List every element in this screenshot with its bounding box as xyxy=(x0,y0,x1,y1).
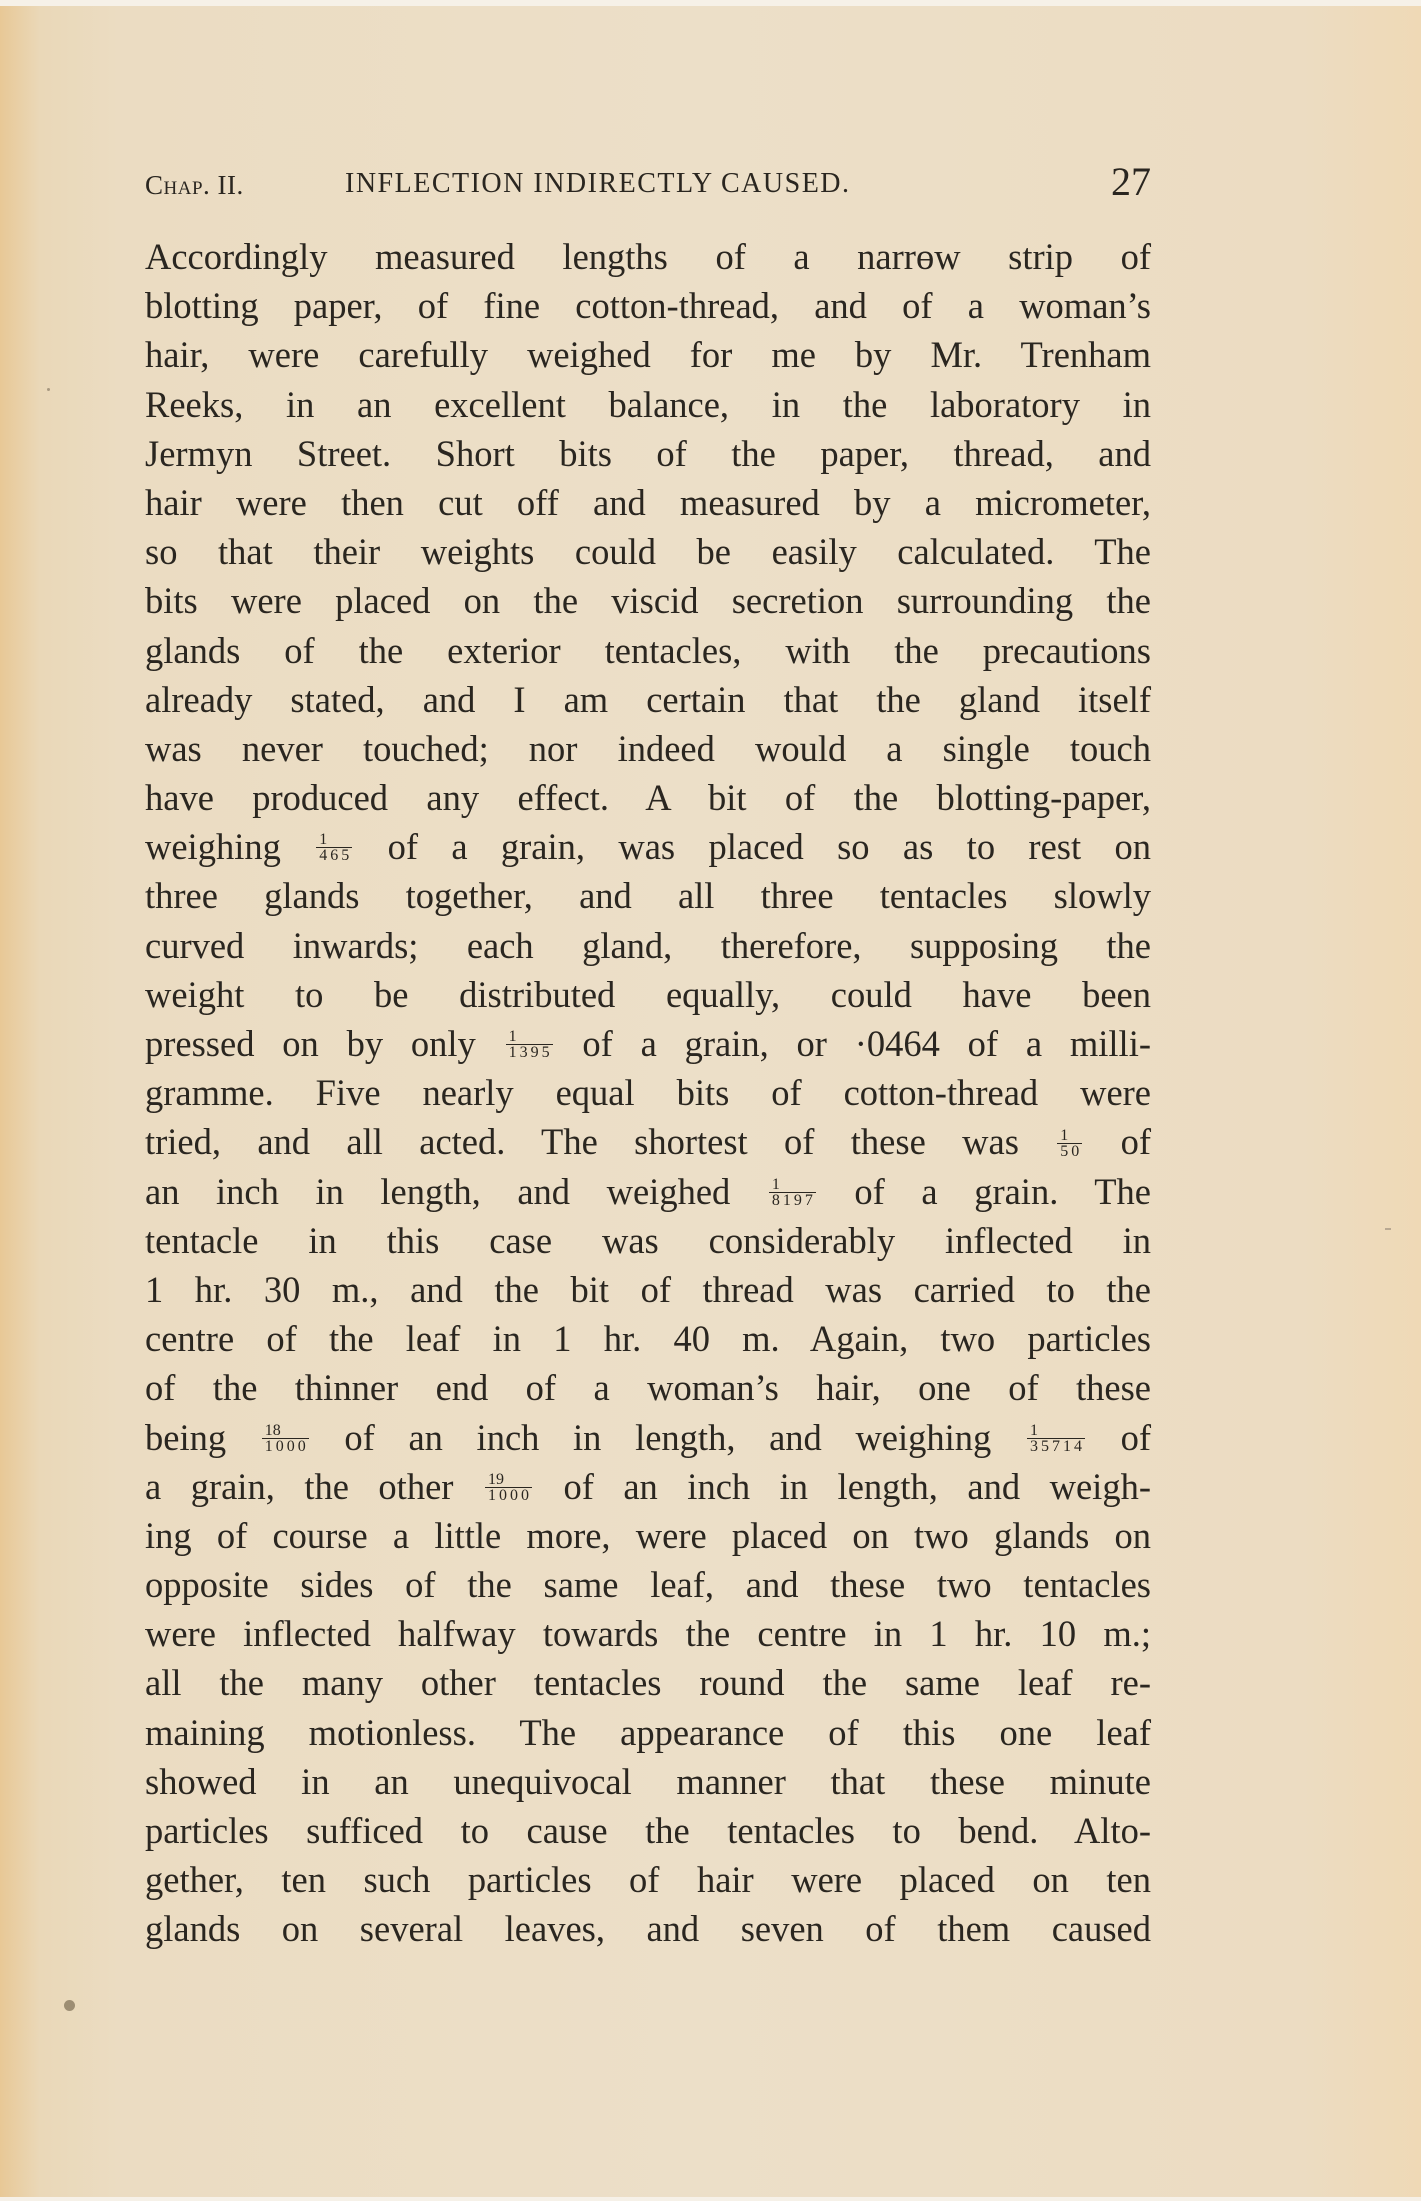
text-line: tried, and all acted. The shortest of th… xyxy=(145,1117,1151,1166)
text-line: Accordingly measured lengths of a narrɵw… xyxy=(145,232,1151,281)
text-line: maining motionless. The appearance of th… xyxy=(145,1708,1151,1757)
text-line: of the thinner end of a woman’s hair, on… xyxy=(145,1363,1151,1412)
chapter-label: Chap. II. xyxy=(145,170,244,201)
text-line: gramme. Five nearly equal bits of cotton… xyxy=(145,1068,1151,1117)
text-segment: opposite sides of the same leaf, and the… xyxy=(145,1564,1151,1605)
running-title: INFLECTION INDIRECTLY CAUSED. xyxy=(345,168,851,200)
text-segment: three glands together, and all three ten… xyxy=(145,875,1151,916)
text-segment: centre of the leaf in 1 hr. 40 m. Again,… xyxy=(145,1318,1151,1359)
text-line: glands on several leaves, and seven of t… xyxy=(145,1904,1151,1953)
text-segment: weight to be distributed equally, could … xyxy=(145,974,1151,1015)
text-segment: glands on several leaves, and seven of t… xyxy=(145,1908,1151,1949)
scan-bottom-edge xyxy=(0,2197,1421,2201)
text-segment: tried, and all acted. The shortest of th… xyxy=(145,1121,1055,1162)
text-segment: glands of the exterior tentacles, with t… xyxy=(145,630,1151,671)
text-line: weighing 1465 of a grain, was placed so … xyxy=(145,822,1151,871)
text-line: three glands together, and all three ten… xyxy=(145,871,1151,920)
text-line: blotting paper, of fine cotton-thread, a… xyxy=(145,281,1151,330)
text-segment: of a grain, or ·0464 of a milli- xyxy=(555,1023,1151,1064)
text-segment: a grain, the other xyxy=(145,1466,483,1507)
text-segment: 1 hr. 30 m., and the bit of thread was c… xyxy=(145,1269,1151,1310)
text-segment: of a grain. The xyxy=(818,1171,1151,1212)
text-segment: were inflected halfway towards the centr… xyxy=(145,1613,1151,1654)
text-segment: being xyxy=(145,1417,260,1458)
fraction-denominator: 1000 xyxy=(485,1488,532,1503)
text-line: bits were placed on the viscid secretion… xyxy=(145,576,1151,625)
text-line: was never touched; nor indeed would a si… xyxy=(145,724,1151,773)
fraction-denominator: 50 xyxy=(1057,1144,1082,1159)
text-segment: Reeks, in an excellent balance, in the l… xyxy=(145,384,1151,425)
text-segment: Jermyn Street. Short bits of the paper, … xyxy=(145,433,1151,474)
text-segment: hair, were carefully weighed for me by M… xyxy=(145,334,1151,375)
text-line: 1 hr. 30 m., and the bit of thread was c… xyxy=(145,1265,1151,1314)
fraction-numerator: 1 xyxy=(1057,1128,1082,1144)
running-head: Chap. II. INFLECTION INDIRECTLY CAUSED. … xyxy=(145,160,1151,204)
text-segment: weighing xyxy=(145,826,314,867)
text-segment: showed in an unequivocal manner that the… xyxy=(145,1761,1151,1802)
fraction-numerator: 19 xyxy=(485,1472,532,1488)
text-segment: maining motionless. The appearance of th… xyxy=(145,1712,1151,1753)
text-line: hair were then cut off and measured by a… xyxy=(145,478,1151,527)
text-segment: particles sufficed to cause the tentacle… xyxy=(145,1810,1151,1851)
text-segment: Accordingly measured lengths of a narrɵw… xyxy=(145,236,1151,277)
text-line: were inflected halfway towards the centr… xyxy=(145,1609,1151,1658)
text-segment: bits were placed on the viscid secretion… xyxy=(145,580,1151,621)
text-line: tentacle in this case was considerably i… xyxy=(145,1216,1151,1265)
text-line: a grain, the other 191000 of an inch in … xyxy=(145,1462,1151,1511)
text-line: pressed on by only 11395 of a grain, or … xyxy=(145,1019,1151,1068)
text-line: showed in an unequivocal manner that the… xyxy=(145,1757,1151,1806)
text-line: being 181000 of an inch in length, and w… xyxy=(145,1413,1151,1462)
fraction-denominator: 1000 xyxy=(262,1439,309,1454)
text-segment: of an inch in length, and weighing xyxy=(311,1417,1025,1458)
scan-top-edge xyxy=(0,0,1421,6)
page-number: 27 xyxy=(1111,158,1151,205)
text-segment: tentacle in this case was considerably i… xyxy=(145,1220,1151,1261)
text-segment: hair were then cut off and measured by a… xyxy=(145,482,1151,523)
text-segment: all the many other tentacles round the s… xyxy=(145,1662,1151,1703)
text-line: centre of the leaf in 1 hr. 40 m. Again,… xyxy=(145,1314,1151,1363)
text-line: have produced any effect. A bit of the b… xyxy=(145,773,1151,822)
fraction: 1465 xyxy=(314,832,354,863)
text-segment: of xyxy=(1087,1417,1151,1458)
text-segment: pressed on by only xyxy=(145,1023,504,1064)
text-line: glands of the exterior tentacles, with t… xyxy=(145,626,1151,675)
text-segment: of the thinner end of a woman’s hair, on… xyxy=(145,1367,1151,1408)
text-segment: of a grain, was placed so as to rest on xyxy=(354,826,1151,867)
text-line: an inch in length, and weighed 18197 of … xyxy=(145,1167,1151,1216)
fraction-numerator: 18 xyxy=(262,1423,309,1439)
text-line: ing of course a little more, were placed… xyxy=(145,1511,1151,1560)
text-line: weight to be distributed equally, could … xyxy=(145,970,1151,1019)
text-segment: gramme. Five nearly equal bits of cotton… xyxy=(145,1072,1151,1113)
fraction-denominator: 1395 xyxy=(506,1045,553,1060)
text-segment: curved inwards; each gland, therefore, s… xyxy=(145,925,1151,966)
paper-speck xyxy=(1385,1228,1391,1230)
text-segment: already stated, and I am certain that th… xyxy=(145,679,1151,720)
text-segment: of an inch in length, and weigh- xyxy=(534,1466,1151,1507)
text-segment: so that their weights could be easily ca… xyxy=(145,531,1151,572)
fraction-numerator: 1 xyxy=(316,832,352,848)
fraction-numerator: 1 xyxy=(769,1177,816,1193)
text-line: Reeks, in an excellent balance, in the l… xyxy=(145,380,1151,429)
text-segment: blotting paper, of fine cotton-thread, a… xyxy=(145,285,1151,326)
fraction: 181000 xyxy=(260,1423,311,1454)
paper-spot xyxy=(64,2000,75,2011)
text-segment: have produced any effect. A bit of the b… xyxy=(145,777,1151,818)
text-segment: gether, ten such particles of hair were … xyxy=(145,1859,1151,1900)
text-line: Jermyn Street. Short bits of the paper, … xyxy=(145,429,1151,478)
fraction-denominator: 465 xyxy=(316,848,352,863)
text-segment: ing of course a little more, were placed… xyxy=(145,1515,1151,1556)
text-line: particles sufficed to cause the tentacle… xyxy=(145,1806,1151,1855)
fraction: 11395 xyxy=(504,1029,555,1060)
text-line: hair, were carefully weighed for me by M… xyxy=(145,330,1151,379)
paper-speck xyxy=(47,388,50,391)
body-text: Accordingly measured lengths of a narrɵw… xyxy=(145,232,1151,1954)
book-page: Chap. II. INFLECTION INDIRECTLY CAUSED. … xyxy=(0,0,1421,2201)
fraction: 191000 xyxy=(483,1472,534,1503)
fraction: 135714 xyxy=(1025,1423,1087,1454)
text-segment: was never touched; nor indeed would a si… xyxy=(145,728,1151,769)
text-line: all the many other tentacles round the s… xyxy=(145,1658,1151,1707)
fraction-numerator: 1 xyxy=(506,1029,553,1045)
text-line: gether, ten such particles of hair were … xyxy=(145,1855,1151,1904)
fraction-numerator: 1 xyxy=(1027,1423,1085,1439)
text-line: opposite sides of the same leaf, and the… xyxy=(145,1560,1151,1609)
text-line: already stated, and I am certain that th… xyxy=(145,675,1151,724)
fraction-denominator: 35714 xyxy=(1027,1439,1085,1454)
fraction: 150 xyxy=(1055,1128,1084,1159)
text-segment: of xyxy=(1084,1121,1151,1162)
fraction: 18197 xyxy=(767,1177,818,1208)
fraction-denominator: 8197 xyxy=(769,1193,816,1208)
text-line: curved inwards; each gland, therefore, s… xyxy=(145,921,1151,970)
text-segment: an inch in length, and weighed xyxy=(145,1171,767,1212)
text-line: so that their weights could be easily ca… xyxy=(145,527,1151,576)
